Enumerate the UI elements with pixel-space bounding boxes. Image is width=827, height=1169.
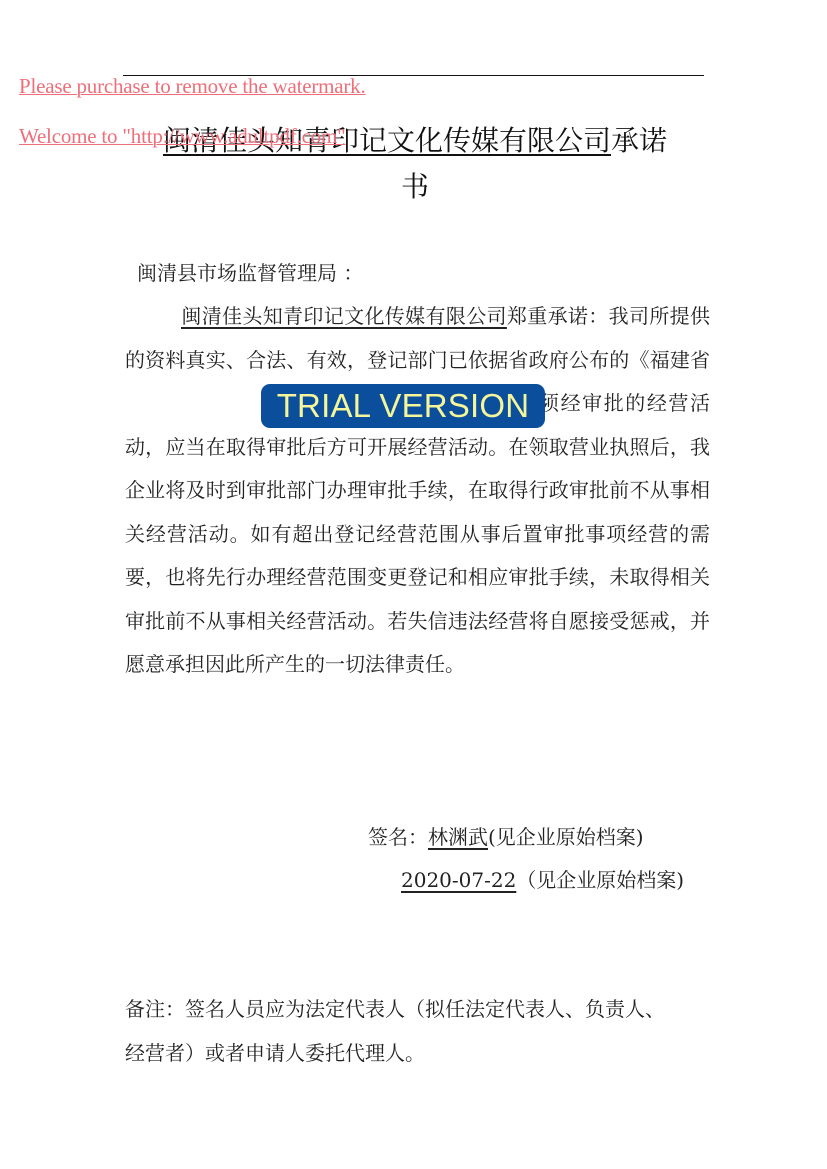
body-company-name: 闽清佳头知青印记文化传媒有限公司 [181,304,507,328]
addressee: 闽清县市场监督管理局 ： [137,252,363,296]
trial-version-badge: TRIAL VERSION [261,384,545,428]
title-line2: 书 [401,170,429,203]
date-value: 2020-07-22 [401,868,516,892]
watermark-welcome-link[interactable]: Welcome to "http://www.adultpdf.com" [19,124,346,149]
signature-label: 签名： [368,825,428,849]
signature-line: 签名：林渊武(见企业原始档案) [368,816,644,860]
watermark-purchase-text: Please purchase to remove the watermark. [19,74,366,99]
signature-note: (见企业原始档案) [488,825,644,849]
signature-name: 林渊武 [428,825,488,849]
body-text-part2: 告知如果从事须经审批的经营活动，应当在取得审批后方可开展经营活动。在领取营业执照… [125,391,710,676]
title-suffix: 承诺 [611,124,667,157]
date-note: （见企业原始档案) [516,868,684,892]
commitment-body: 闽清佳头知青印记文化传媒有限公司郑重承诺：我司所提供的资料真实、合法、有效，登记… [125,295,710,687]
date-line: 2020-07-22（见企业原始档案) [401,859,684,903]
remark-line-1: 备注：签名人员应为法定代表人（拟任法定代表人、负责人、 [125,988,665,1032]
remark-line-2: 经营者）或者申请人委托代理人。 [125,1032,425,1076]
